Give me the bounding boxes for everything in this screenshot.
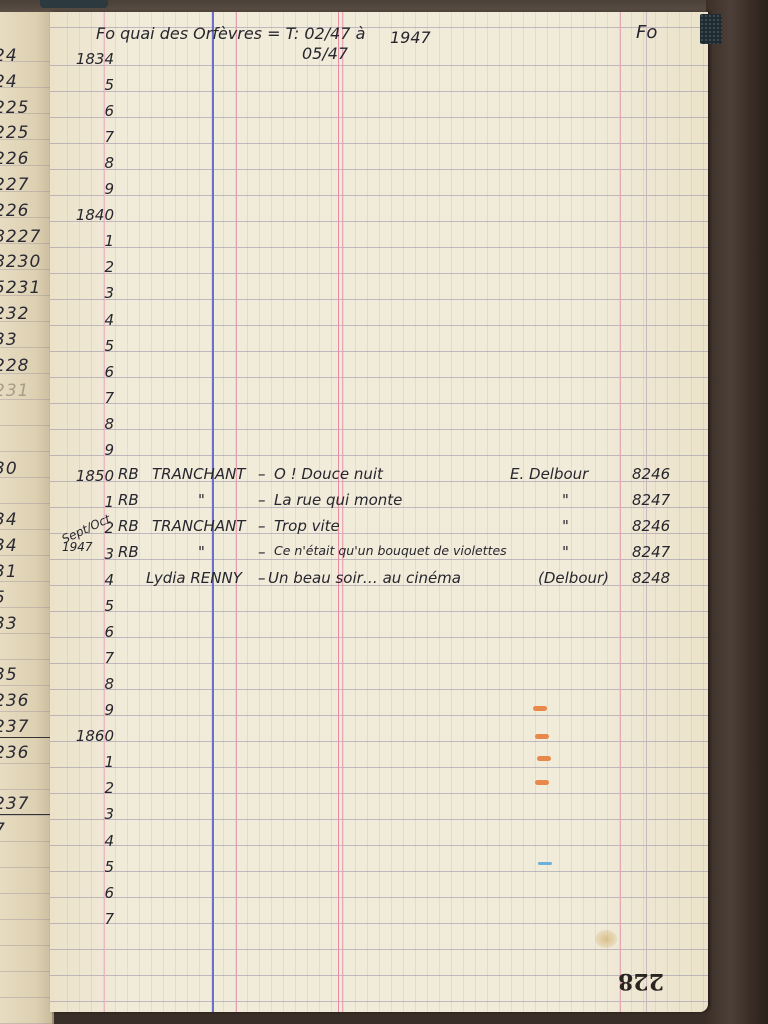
entry-reference: 8247: [632, 543, 670, 561]
page-header-title: Fo quai des Orfèvres = T: 02/47 à: [96, 24, 365, 43]
binding-clip-right: [700, 14, 722, 44]
previous-page-number: 231: [0, 381, 50, 401]
previous-page-number: 33: [0, 330, 50, 350]
previous-page-number: 237: [0, 794, 50, 815]
entry-artist: ": [198, 491, 205, 509]
binding-clip: [40, 0, 108, 8]
row-number: 8: [104, 675, 114, 693]
previous-page-number: 24: [0, 46, 50, 66]
row-number: 5: [104, 597, 114, 615]
entry-artist: ": [198, 543, 205, 561]
previous-page-number: 236: [0, 743, 50, 763]
row-number: 9: [104, 180, 114, 198]
entry-label: (Delbour): [538, 569, 609, 587]
entry-separator: –: [258, 491, 266, 509]
ref-column-rule: [646, 12, 647, 1012]
blue-mark: [538, 862, 552, 865]
entry-artist: TRANCHANT: [152, 517, 245, 535]
previous-page-number: 31: [0, 562, 50, 582]
page-corner-label: Fo: [636, 22, 657, 43]
entry-artist: TRANCHANT: [152, 465, 245, 483]
orange-mark: [533, 706, 547, 711]
previous-page-number: 5231: [0, 278, 50, 298]
previous-page-number: 24: [0, 72, 50, 92]
row-number: 1: [104, 232, 114, 250]
entry-reference: 8246: [632, 465, 670, 483]
row-number: 9: [104, 701, 114, 719]
row-number: 3: [104, 545, 114, 563]
row-number: 1: [104, 493, 114, 511]
entry-title: Un beau soir… au cinéma: [268, 569, 461, 587]
row-number: 1840: [76, 206, 114, 224]
row-number: 4: [104, 832, 114, 850]
previous-page-number: 8230: [0, 252, 50, 272]
entry-label: ": [562, 543, 569, 561]
row-number: 8: [104, 415, 114, 433]
row-number: 9: [104, 441, 114, 459]
entry-label: E. Delbour: [510, 465, 588, 483]
entry-title: Trop vite: [274, 517, 340, 535]
previous-page-number: 34: [0, 536, 50, 556]
orange-mark: [535, 734, 549, 739]
row-number: 7: [104, 910, 114, 928]
previous-page-number: 5: [0, 588, 50, 608]
orange-mark: [535, 780, 549, 785]
desk-background-top: [0, 0, 768, 12]
entry-label: ": [562, 491, 569, 509]
page-number: 228: [618, 968, 664, 994]
previous-page-number: 33: [0, 614, 50, 634]
margin-note-year: 1947: [62, 540, 93, 554]
pink-right-rule: [620, 12, 621, 1012]
entry-separator: –: [258, 569, 266, 587]
row-number: 6: [104, 623, 114, 641]
previous-page-number: 8227: [0, 227, 50, 247]
row-number: 4: [104, 571, 114, 589]
row-number: 7: [104, 389, 114, 407]
blue-column-rule: [212, 12, 214, 1012]
entry-code: RB: [118, 517, 139, 535]
row-number: 5: [104, 858, 114, 876]
entry-code: RB: [118, 491, 139, 509]
row-rules: [50, 12, 708, 1012]
entry-code: RB: [118, 543, 139, 561]
row-number: 7: [104, 128, 114, 146]
row-number: 6: [104, 363, 114, 381]
entry-reference: 8247: [632, 491, 670, 509]
row-number: 4: [104, 311, 114, 329]
row-number: 8: [104, 154, 114, 172]
pink-double-rule-b: [342, 12, 343, 1012]
pink-double-rule-a: [338, 12, 339, 1012]
row-number: 3: [104, 284, 114, 302]
entry-reference: 8248: [632, 569, 670, 587]
previous-page-number: 227: [0, 175, 50, 195]
page-header-date-end: 05/47: [302, 44, 348, 63]
previous-page-number: 236: [0, 691, 50, 711]
row-number: 1850: [76, 467, 114, 485]
row-number: 7: [104, 649, 114, 667]
ledger-page: Fo quai des Orfèvres = T: 02/47 à 05/47 …: [50, 12, 708, 1012]
entry-code: RB: [118, 465, 139, 483]
entry-separator: –: [258, 543, 266, 561]
desk-background-right: [706, 0, 768, 1024]
previous-page-number: 237: [0, 717, 50, 738]
row-number: 1: [104, 753, 114, 771]
row-number: 1860: [76, 727, 114, 745]
previous-page-number: 232: [0, 304, 50, 324]
row-number: 2: [104, 258, 114, 276]
entry-label: ": [562, 517, 569, 535]
pink-column-rule: [236, 12, 237, 1012]
row-number: 6: [104, 102, 114, 120]
previous-page-number: 225: [0, 123, 50, 143]
entry-reference: 8246: [632, 517, 670, 535]
entry-separator: –: [258, 517, 266, 535]
paper-stain: [595, 930, 617, 948]
previous-page-number: 35: [0, 665, 50, 685]
page-header-year: 1947: [390, 28, 431, 47]
orange-mark: [537, 756, 551, 761]
entry-title: La rue qui monte: [274, 491, 402, 509]
row-number: 6: [104, 884, 114, 902]
row-number: 3: [104, 805, 114, 823]
previous-page-number: 30: [0, 459, 50, 479]
entry-artist: Lydia RENNY: [146, 569, 242, 587]
previous-page-number: 225: [0, 98, 50, 118]
previous-page-edge: 2424225225226227226822782305231232332282…: [0, 12, 54, 1024]
row-number: 5: [104, 76, 114, 94]
row-number: 5: [104, 337, 114, 355]
row-number: 1834: [76, 50, 114, 68]
previous-page-number: 7: [0, 820, 50, 840]
entry-separator: –: [258, 465, 266, 483]
row-number: 2: [104, 779, 114, 797]
entry-title: O ! Douce nuit: [274, 465, 383, 483]
previous-page-number: 228: [0, 356, 50, 376]
previous-page-number: 34: [0, 510, 50, 530]
previous-page-number: 226: [0, 149, 50, 169]
entry-title: Ce n'était qu'un bouquet de violettes: [274, 543, 507, 558]
previous-page-number: 226: [0, 201, 50, 221]
